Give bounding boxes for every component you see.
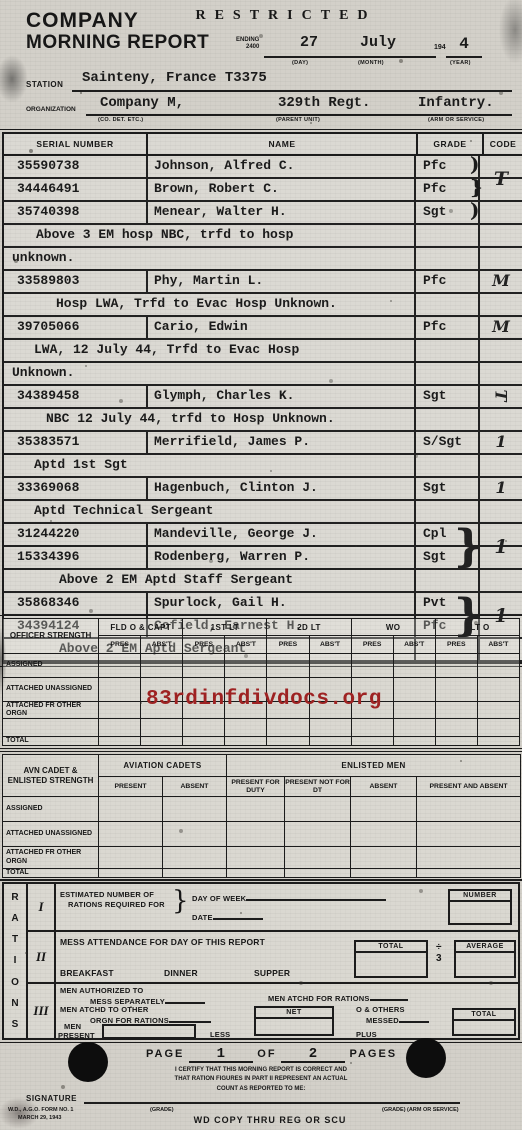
grade: Pfc bbox=[414, 317, 478, 338]
strength-cell bbox=[183, 654, 225, 678]
of-label: OF bbox=[257, 1048, 276, 1060]
report-year-digit: 4 bbox=[459, 35, 469, 53]
men-authorized-label-1: MEN AUTHORIZED TO bbox=[60, 986, 143, 995]
handwritten-brace: } bbox=[454, 524, 476, 570]
roster-row: 34389458Glymph, Charles K.SgtT bbox=[4, 386, 522, 409]
code-cell-empty bbox=[478, 248, 522, 269]
roster-note: unknown. bbox=[4, 248, 414, 269]
grade-brace: ) bbox=[470, 200, 479, 220]
grade: Sgt bbox=[414, 386, 478, 407]
strength-cell bbox=[393, 654, 435, 678]
sub-column-header: PRESENT FOR DUTY bbox=[227, 777, 285, 797]
officer-strength-label: OFFICER STRENGTH bbox=[3, 619, 99, 654]
strength-cell bbox=[141, 737, 183, 746]
year-caption: (YEAR) bbox=[450, 60, 471, 66]
organization-line: Company M, 329th Regt. Infantry. bbox=[86, 94, 512, 116]
punch-hole-left bbox=[68, 1042, 108, 1082]
strength-cell bbox=[99, 797, 163, 822]
handwritten-code: 1 bbox=[495, 432, 506, 451]
column-group-header: 2D LT bbox=[267, 619, 351, 636]
grade-cell-empty bbox=[414, 294, 478, 315]
signature-label: SIGNATURE bbox=[26, 1094, 77, 1103]
rations-vertical-label: RATIONS bbox=[4, 884, 28, 1038]
strength-row-label bbox=[3, 719, 99, 737]
strength-cell bbox=[351, 847, 417, 869]
grade: S/Sgt bbox=[414, 432, 478, 453]
punch-hole-right bbox=[406, 1038, 446, 1078]
soldier-name: Glymph, Charles K. bbox=[146, 386, 414, 407]
column-group-header: 1ST LT bbox=[183, 619, 267, 636]
strength-cell bbox=[393, 678, 435, 702]
code-mark: M bbox=[478, 271, 522, 292]
strength-cell bbox=[477, 737, 519, 746]
month-caption: (MONTH) bbox=[358, 60, 384, 66]
roster-note-row: Above 2 EM Aptd Staff Sergeant bbox=[4, 570, 522, 593]
strength-cell bbox=[99, 719, 141, 737]
strength-cell bbox=[435, 654, 477, 678]
rations-total-box: TOTAL bbox=[452, 1008, 516, 1036]
soldier-name: Phy, Martin L. bbox=[146, 271, 414, 292]
code-mark: 1 bbox=[478, 432, 522, 453]
roster-note: Unknown. bbox=[4, 363, 414, 384]
serial-number: 35868346 bbox=[4, 593, 146, 614]
strength-cell bbox=[225, 654, 267, 678]
handwritten-code: M bbox=[492, 271, 510, 290]
rations-letter: T bbox=[12, 934, 18, 945]
rations-part-one: ESTIMATED NUMBER OF RATIONS REQUIRED FOR… bbox=[56, 884, 518, 932]
strength-cell bbox=[285, 847, 351, 869]
grade-header: GRADE bbox=[416, 134, 482, 154]
estimated-rations-label-1: ESTIMATED NUMBER OF bbox=[60, 890, 154, 899]
strength-cell bbox=[351, 869, 417, 878]
strength-cell bbox=[285, 869, 351, 878]
station-label: STATION bbox=[26, 80, 63, 89]
report-month: July bbox=[360, 34, 396, 51]
grade-cell-empty bbox=[414, 225, 478, 246]
part-ii-numeral: II bbox=[28, 932, 54, 984]
code-cell-empty bbox=[478, 363, 522, 384]
column-group-header: WO bbox=[351, 619, 435, 636]
others-messed-label-1: O & OTHERS bbox=[356, 1005, 405, 1014]
soldier-name: Spurlock, Gail H. bbox=[146, 593, 414, 614]
organization-unit: Company M, bbox=[100, 95, 184, 111]
strength-cell bbox=[393, 719, 435, 737]
personnel-roster-table: SERIAL NUMBER NAME GRADE CODE 35590738Jo… bbox=[2, 132, 522, 664]
men-present-label-2: PRESENT bbox=[58, 1031, 95, 1040]
grade-cell-empty bbox=[414, 363, 478, 384]
strength-cell bbox=[417, 797, 521, 822]
year-line: 4 bbox=[446, 30, 482, 58]
bracket-glyph: } bbox=[172, 886, 189, 916]
divide-glyph: ÷ bbox=[436, 942, 442, 953]
handwritten-code: T bbox=[492, 390, 511, 402]
grade-cell-empty bbox=[414, 409, 478, 430]
divisor-three: 3 bbox=[436, 953, 442, 964]
pages-number: 2 bbox=[281, 1047, 345, 1063]
serial-number: 34446491 bbox=[4, 179, 146, 200]
code-mark bbox=[478, 202, 522, 223]
organization-arm: Infantry. bbox=[418, 95, 494, 111]
code-cell-empty bbox=[478, 340, 522, 361]
sub-column-header: PRESENT bbox=[99, 777, 163, 797]
strength-row-label: TOTAL bbox=[3, 869, 99, 878]
roster-note: Aptd Technical Sergeant bbox=[4, 501, 414, 522]
strength-cell bbox=[99, 869, 163, 878]
grade: Pfc) bbox=[414, 156, 478, 177]
strength-cell bbox=[477, 678, 519, 702]
divide-by-three: ÷ 3 bbox=[436, 942, 442, 964]
station-value: Sainteny, France T3375 bbox=[82, 70, 267, 86]
rations-part-numerals: I II III bbox=[28, 884, 56, 1038]
roster-note-row: Aptd 1st Sgt bbox=[4, 455, 522, 478]
grade-cell-empty bbox=[414, 570, 478, 591]
strength-cell bbox=[267, 654, 309, 678]
strength-cell bbox=[477, 719, 519, 737]
soldier-name: Rodenberg, Warren P. bbox=[146, 547, 414, 568]
enlisted-strength-table: AVN CADET & ENLISTED STRENGTHAVIATION CA… bbox=[2, 754, 521, 878]
archive-watermark: 83rdinfdivdocs.org bbox=[146, 688, 382, 711]
roster-body: 35590738Johnson, Alfred C.Pfc)34446491Br… bbox=[4, 156, 522, 662]
code-mark: 1 bbox=[478, 478, 522, 499]
supper-label: SUPPER bbox=[254, 968, 290, 978]
strength-cell bbox=[141, 654, 183, 678]
atchd-other-label-1: MEN ATCHD TO OTHER bbox=[60, 1005, 148, 1014]
strength-cell bbox=[99, 654, 141, 678]
strength-cell bbox=[309, 719, 351, 737]
others-messed-label-2: MESSED bbox=[366, 1014, 429, 1025]
strength-cell bbox=[417, 847, 521, 869]
scan-smudge bbox=[0, 46, 34, 112]
dinner-label: DINNER bbox=[164, 968, 198, 978]
form-date-line: MARCH 29, 1943 bbox=[8, 1114, 74, 1122]
strength-cell bbox=[309, 737, 351, 746]
restricted-stamp: RESTRICTED bbox=[148, 8, 424, 24]
grade-cell-empty bbox=[414, 501, 478, 522]
code-cell-empty bbox=[478, 294, 522, 315]
roster-note-row: Above 3 EM hosp NBC, trfd to hosp bbox=[4, 225, 522, 248]
org-arm-caption: (ARM OR SERVICE) bbox=[428, 117, 484, 123]
men-present-label-1: MEN bbox=[64, 1022, 81, 1031]
sub-column-header: ABS'T bbox=[393, 636, 435, 654]
organization-parent-unit: 329th Regt. bbox=[278, 95, 370, 111]
plus-label: PLUS bbox=[356, 1030, 377, 1039]
roster-row: 35740398Menear, Walter H.Sgt) bbox=[4, 202, 522, 225]
column-group-header: ENLISTED MEN bbox=[227, 755, 521, 777]
sub-column-header: PRESENT AND ABSENT bbox=[417, 777, 521, 797]
sub-column-header: ABS'T bbox=[141, 636, 183, 654]
code-cell-empty bbox=[478, 409, 522, 430]
grade: Sgt bbox=[414, 478, 478, 499]
signature-line bbox=[84, 1084, 460, 1104]
sub-column-header: PRES bbox=[99, 636, 141, 654]
grade-caption: (GRADE) bbox=[150, 1107, 174, 1113]
serial-number: 33589803 bbox=[4, 271, 146, 292]
strength-cell bbox=[99, 847, 163, 869]
serial-number: 39705066 bbox=[4, 317, 146, 338]
strength-cell bbox=[351, 737, 393, 746]
station-line: Sainteny, France T3375 bbox=[72, 68, 512, 92]
date-label: DATE bbox=[192, 911, 263, 922]
handwritten-code-mark: T bbox=[482, 156, 520, 202]
strength-cell bbox=[141, 719, 183, 737]
number-box: NUMBER bbox=[448, 889, 512, 925]
column-group-header: AVIATION CADETS bbox=[99, 755, 227, 777]
pages-label: PAGES bbox=[349, 1048, 397, 1060]
strength-cell bbox=[351, 822, 417, 847]
code-cell-empty bbox=[478, 455, 522, 476]
strength-row-label: ASSIGNED bbox=[3, 797, 99, 822]
strength-cell bbox=[351, 797, 417, 822]
strength-cell bbox=[435, 719, 477, 737]
serial-number: 33369068 bbox=[4, 478, 146, 499]
strength-cell bbox=[183, 719, 225, 737]
estimated-rations-label-2: RATIONS REQUIRED FOR bbox=[68, 900, 165, 909]
strength-cell bbox=[267, 737, 309, 746]
strength-cell bbox=[351, 719, 393, 737]
handwritten-code: 1 bbox=[495, 478, 506, 497]
strength-cell bbox=[99, 822, 163, 847]
strength-cell bbox=[225, 719, 267, 737]
grade: Pfc bbox=[414, 271, 478, 292]
strength-cell bbox=[163, 847, 227, 869]
soldier-name: Johnson, Alfred C. bbox=[146, 156, 414, 177]
serial-number: 34389458 bbox=[4, 386, 146, 407]
strength-cell bbox=[225, 737, 267, 746]
strength-cell bbox=[227, 822, 285, 847]
form-title-company: COMPANY bbox=[26, 9, 139, 33]
morning-report-scan: RESTRICTED COMPANY MORNING REPORT ENDING… bbox=[0, 0, 522, 1130]
name-header: NAME bbox=[146, 134, 416, 154]
page-number: 1 bbox=[189, 1047, 253, 1063]
handwritten-code: M bbox=[492, 317, 510, 336]
grade-brace: } bbox=[470, 177, 483, 197]
serial-number-header: SERIAL NUMBER bbox=[4, 134, 146, 154]
scan-speckles bbox=[0, 0, 2, 2]
strength-cell bbox=[163, 869, 227, 878]
avn-enlisted-strength-label: AVN CADET & ENLISTED STRENGTH bbox=[3, 755, 99, 797]
strength-cell bbox=[417, 869, 521, 878]
strength-cell bbox=[227, 869, 285, 878]
code-cell-empty bbox=[478, 570, 522, 591]
rations-letter: N bbox=[11, 998, 18, 1009]
serial-number: 35383571 bbox=[4, 432, 146, 453]
rations-section: RATIONS I II III ESTIMATED NUMBER OF RAT… bbox=[2, 882, 520, 1040]
men-present-box bbox=[102, 1024, 196, 1039]
organization-label: ORGANIZATION bbox=[26, 106, 76, 113]
grade: Sgt) bbox=[414, 202, 478, 223]
org-unit-caption: (CO. DET. ETC.) bbox=[98, 117, 143, 123]
sub-column-header: PRESENT NOT FOR DT bbox=[285, 777, 351, 797]
strength-cell bbox=[163, 822, 227, 847]
code-mark: T bbox=[478, 386, 522, 407]
serial-number: 15334396 bbox=[4, 547, 146, 568]
roster-row: 34446491Brown, Robert C.Pfc} bbox=[4, 179, 522, 202]
handwritten-code-mark: 1 bbox=[482, 593, 520, 639]
net-box: NET bbox=[254, 1006, 334, 1036]
sub-column-header: PRES bbox=[267, 636, 309, 654]
cert-line-1: I CERTIFY THAT THIS MORNING REPORT IS CO… bbox=[116, 1066, 406, 1075]
part-iii-numeral: III bbox=[28, 984, 54, 1038]
soldier-name: Brown, Robert C. bbox=[146, 179, 414, 200]
strength-cell bbox=[163, 797, 227, 822]
grade-arm-caption: (GRADE) (ARM OR SERVICE) bbox=[382, 1107, 459, 1113]
roster-row: 31244220Mandeville, George J.Cpl bbox=[4, 524, 522, 547]
grade-cell-empty bbox=[414, 340, 478, 361]
roster-row: 39705066Cario, EdwinPfcM bbox=[4, 317, 522, 340]
serial-number: 35590738 bbox=[4, 156, 146, 177]
roster-note-row: Hosp LWA, Trfd to Evac Hosp Unknown. bbox=[4, 294, 522, 317]
roster-note-row: NBC 12 July 44, trfd to Hosp Unknown. bbox=[4, 409, 522, 432]
strength-cell bbox=[99, 737, 141, 746]
strength-cell bbox=[477, 702, 519, 719]
strength-cell bbox=[351, 654, 393, 678]
strength-row-label: ATTACHED UNASSIGNED bbox=[3, 822, 99, 847]
soldier-name: Cario, Edwin bbox=[146, 317, 414, 338]
rations-letter: A bbox=[11, 913, 18, 924]
strength-cell bbox=[393, 702, 435, 719]
code-header: CODE bbox=[482, 134, 522, 154]
soldier-name: Merrifield, James P. bbox=[146, 432, 414, 453]
rations-part-two: MESS ATTENDANCE FOR DAY OF THIS REPORT B… bbox=[56, 932, 518, 984]
roster-row: 33589803Phy, Martin L.PfcM bbox=[4, 271, 522, 294]
soldier-name: Menear, Walter H. bbox=[146, 202, 414, 223]
code-cell-empty bbox=[478, 225, 522, 246]
strength-cell bbox=[393, 737, 435, 746]
date-line: 27 July bbox=[264, 28, 436, 58]
roster-note: Aptd 1st Sgt bbox=[4, 455, 414, 476]
less-label: LESS bbox=[210, 1030, 230, 1039]
roster-row: 35383571Merrifield, James P.S/Sgt1 bbox=[4, 432, 522, 455]
sub-column-header: ABS'T bbox=[225, 636, 267, 654]
soldier-name: Mandeville, George J. bbox=[146, 524, 414, 545]
day-caption: (DAY) bbox=[292, 60, 308, 66]
page-count-line: PAGE 1 OF 2 PAGES bbox=[146, 1044, 397, 1063]
rations-letter: I bbox=[14, 955, 17, 966]
roster-note-row: unknown. bbox=[4, 248, 522, 271]
form-number-line: W.D., A.G.O. FORM NO. 1 bbox=[8, 1106, 74, 1114]
grade-cell-empty bbox=[414, 455, 478, 476]
grade-brace: ) bbox=[470, 154, 479, 174]
roster-note: LWA, 12 July 44, Trfd to Evac Hosp bbox=[4, 340, 414, 361]
grade-cell-empty bbox=[414, 248, 478, 269]
ending-2400-label: ENDING 2400 bbox=[236, 37, 259, 51]
roster-row: 33369068Hagenbuch, Clinton J.Sgt1 bbox=[4, 478, 522, 501]
roster-note-row: LWA, 12 July 44, Trfd to Evac Hosp bbox=[4, 340, 522, 363]
form-title-morning-report: MORNING REPORT bbox=[26, 32, 209, 54]
strength-cell bbox=[267, 719, 309, 737]
strength-row-label: ASSIGNED bbox=[3, 654, 99, 678]
sub-column-header: ABSENT bbox=[351, 777, 417, 797]
handwritten-code-mark: 1 bbox=[482, 524, 520, 570]
rations-letter: R bbox=[11, 892, 18, 903]
sub-column-header: PRES bbox=[351, 636, 393, 654]
page-label: PAGE bbox=[146, 1048, 184, 1060]
men-atchd-rations-label: MEN ATCHD FOR RATIONS bbox=[268, 992, 408, 1003]
serial-number: 35740398 bbox=[4, 202, 146, 223]
report-day: 27 bbox=[300, 34, 318, 51]
scan-smudge bbox=[492, 0, 522, 78]
roster-note: Hosp LWA, Trfd to Evac Hosp Unknown. bbox=[4, 294, 414, 315]
roster-note: Above 3 EM hosp NBC, trfd to hosp bbox=[4, 225, 414, 246]
rations-letter: S bbox=[12, 1019, 19, 1030]
code-mark: M bbox=[478, 317, 522, 338]
strength-cell bbox=[227, 797, 285, 822]
grade: Pfc} bbox=[414, 179, 478, 200]
part-i-numeral: I bbox=[28, 884, 54, 932]
roster-header-row: SERIAL NUMBER NAME GRADE CODE bbox=[4, 134, 522, 156]
strength-cell bbox=[227, 847, 285, 869]
strength-cell bbox=[183, 737, 225, 746]
sub-column-header: PRES bbox=[183, 636, 225, 654]
strength-cell bbox=[435, 678, 477, 702]
roster-note: NBC 12 July 44, trfd to Hosp Unknown. bbox=[4, 409, 414, 430]
rations-letter: O bbox=[11, 977, 19, 988]
sub-column-header: ABS'T bbox=[309, 636, 351, 654]
strength-cell bbox=[99, 678, 141, 702]
strength-cell bbox=[435, 737, 477, 746]
strength-row-label: ATTACHED FR OTHER ORGN bbox=[3, 702, 99, 719]
soldier-name: Hagenbuch, Clinton J. bbox=[146, 478, 414, 499]
average-box: AVERAGE bbox=[454, 940, 516, 978]
strength-row-label: ATTACHED UNASSIGNED bbox=[3, 678, 99, 702]
strength-cell bbox=[477, 654, 519, 678]
strength-cell bbox=[285, 822, 351, 847]
serial-number: 31244220 bbox=[4, 524, 146, 545]
roster-note: Above 2 EM Aptd Staff Sergeant bbox=[4, 570, 414, 591]
ending-label-line1: ENDING bbox=[236, 37, 259, 44]
rations-part-three: MEN AUTHORIZED TO MESS SEPARATELY MEN AT… bbox=[56, 984, 518, 1038]
officer-strength-table: OFFICER STRENGTHFLD O & CAPT1ST LT2D LTW… bbox=[2, 618, 520, 746]
roster-note-row: Unknown. bbox=[4, 363, 522, 386]
column-group-header: FLD O & CAPT bbox=[99, 619, 183, 636]
roster-row: 35868346Spurlock, Gail H.Pvt bbox=[4, 593, 522, 616]
roster-row: 15334396Rodenberg, Warren P.Sgt bbox=[4, 547, 522, 570]
strength-cell bbox=[99, 702, 141, 719]
strength-cell bbox=[285, 797, 351, 822]
distribution-note: WD COPY THRU REG OR SCU bbox=[150, 1115, 390, 1125]
strength-cell bbox=[417, 822, 521, 847]
roster-row: 35590738Johnson, Alfred C.Pfc) bbox=[4, 156, 522, 179]
ending-label-line2: 2400 bbox=[236, 44, 259, 51]
strength-row-label: ATTACHED FR OTHER ORGN bbox=[3, 847, 99, 869]
strength-row-label: TOTAL bbox=[3, 737, 99, 746]
mess-attendance-title: MESS ATTENDANCE FOR DAY OF THIS REPORT bbox=[60, 937, 265, 947]
day-of-week-label: DAY OF WEEK bbox=[192, 892, 386, 903]
strength-cell bbox=[309, 654, 351, 678]
code-cell-empty bbox=[478, 501, 522, 522]
sub-column-header: ABSENT bbox=[163, 777, 227, 797]
breakfast-label: BREAKFAST bbox=[60, 968, 114, 978]
year-printed-prefix: 194 bbox=[434, 44, 446, 51]
mess-total-box: TOTAL bbox=[354, 940, 428, 978]
roster-note-row: Aptd Technical Sergeant bbox=[4, 501, 522, 524]
org-parent-caption: (PARENT UNIT) bbox=[276, 117, 320, 123]
form-number-block: W.D., A.G.O. FORM NO. 1 MARCH 29, 1943 bbox=[8, 1106, 74, 1123]
strength-cell bbox=[435, 702, 477, 719]
handwritten-brace: } bbox=[454, 593, 476, 639]
